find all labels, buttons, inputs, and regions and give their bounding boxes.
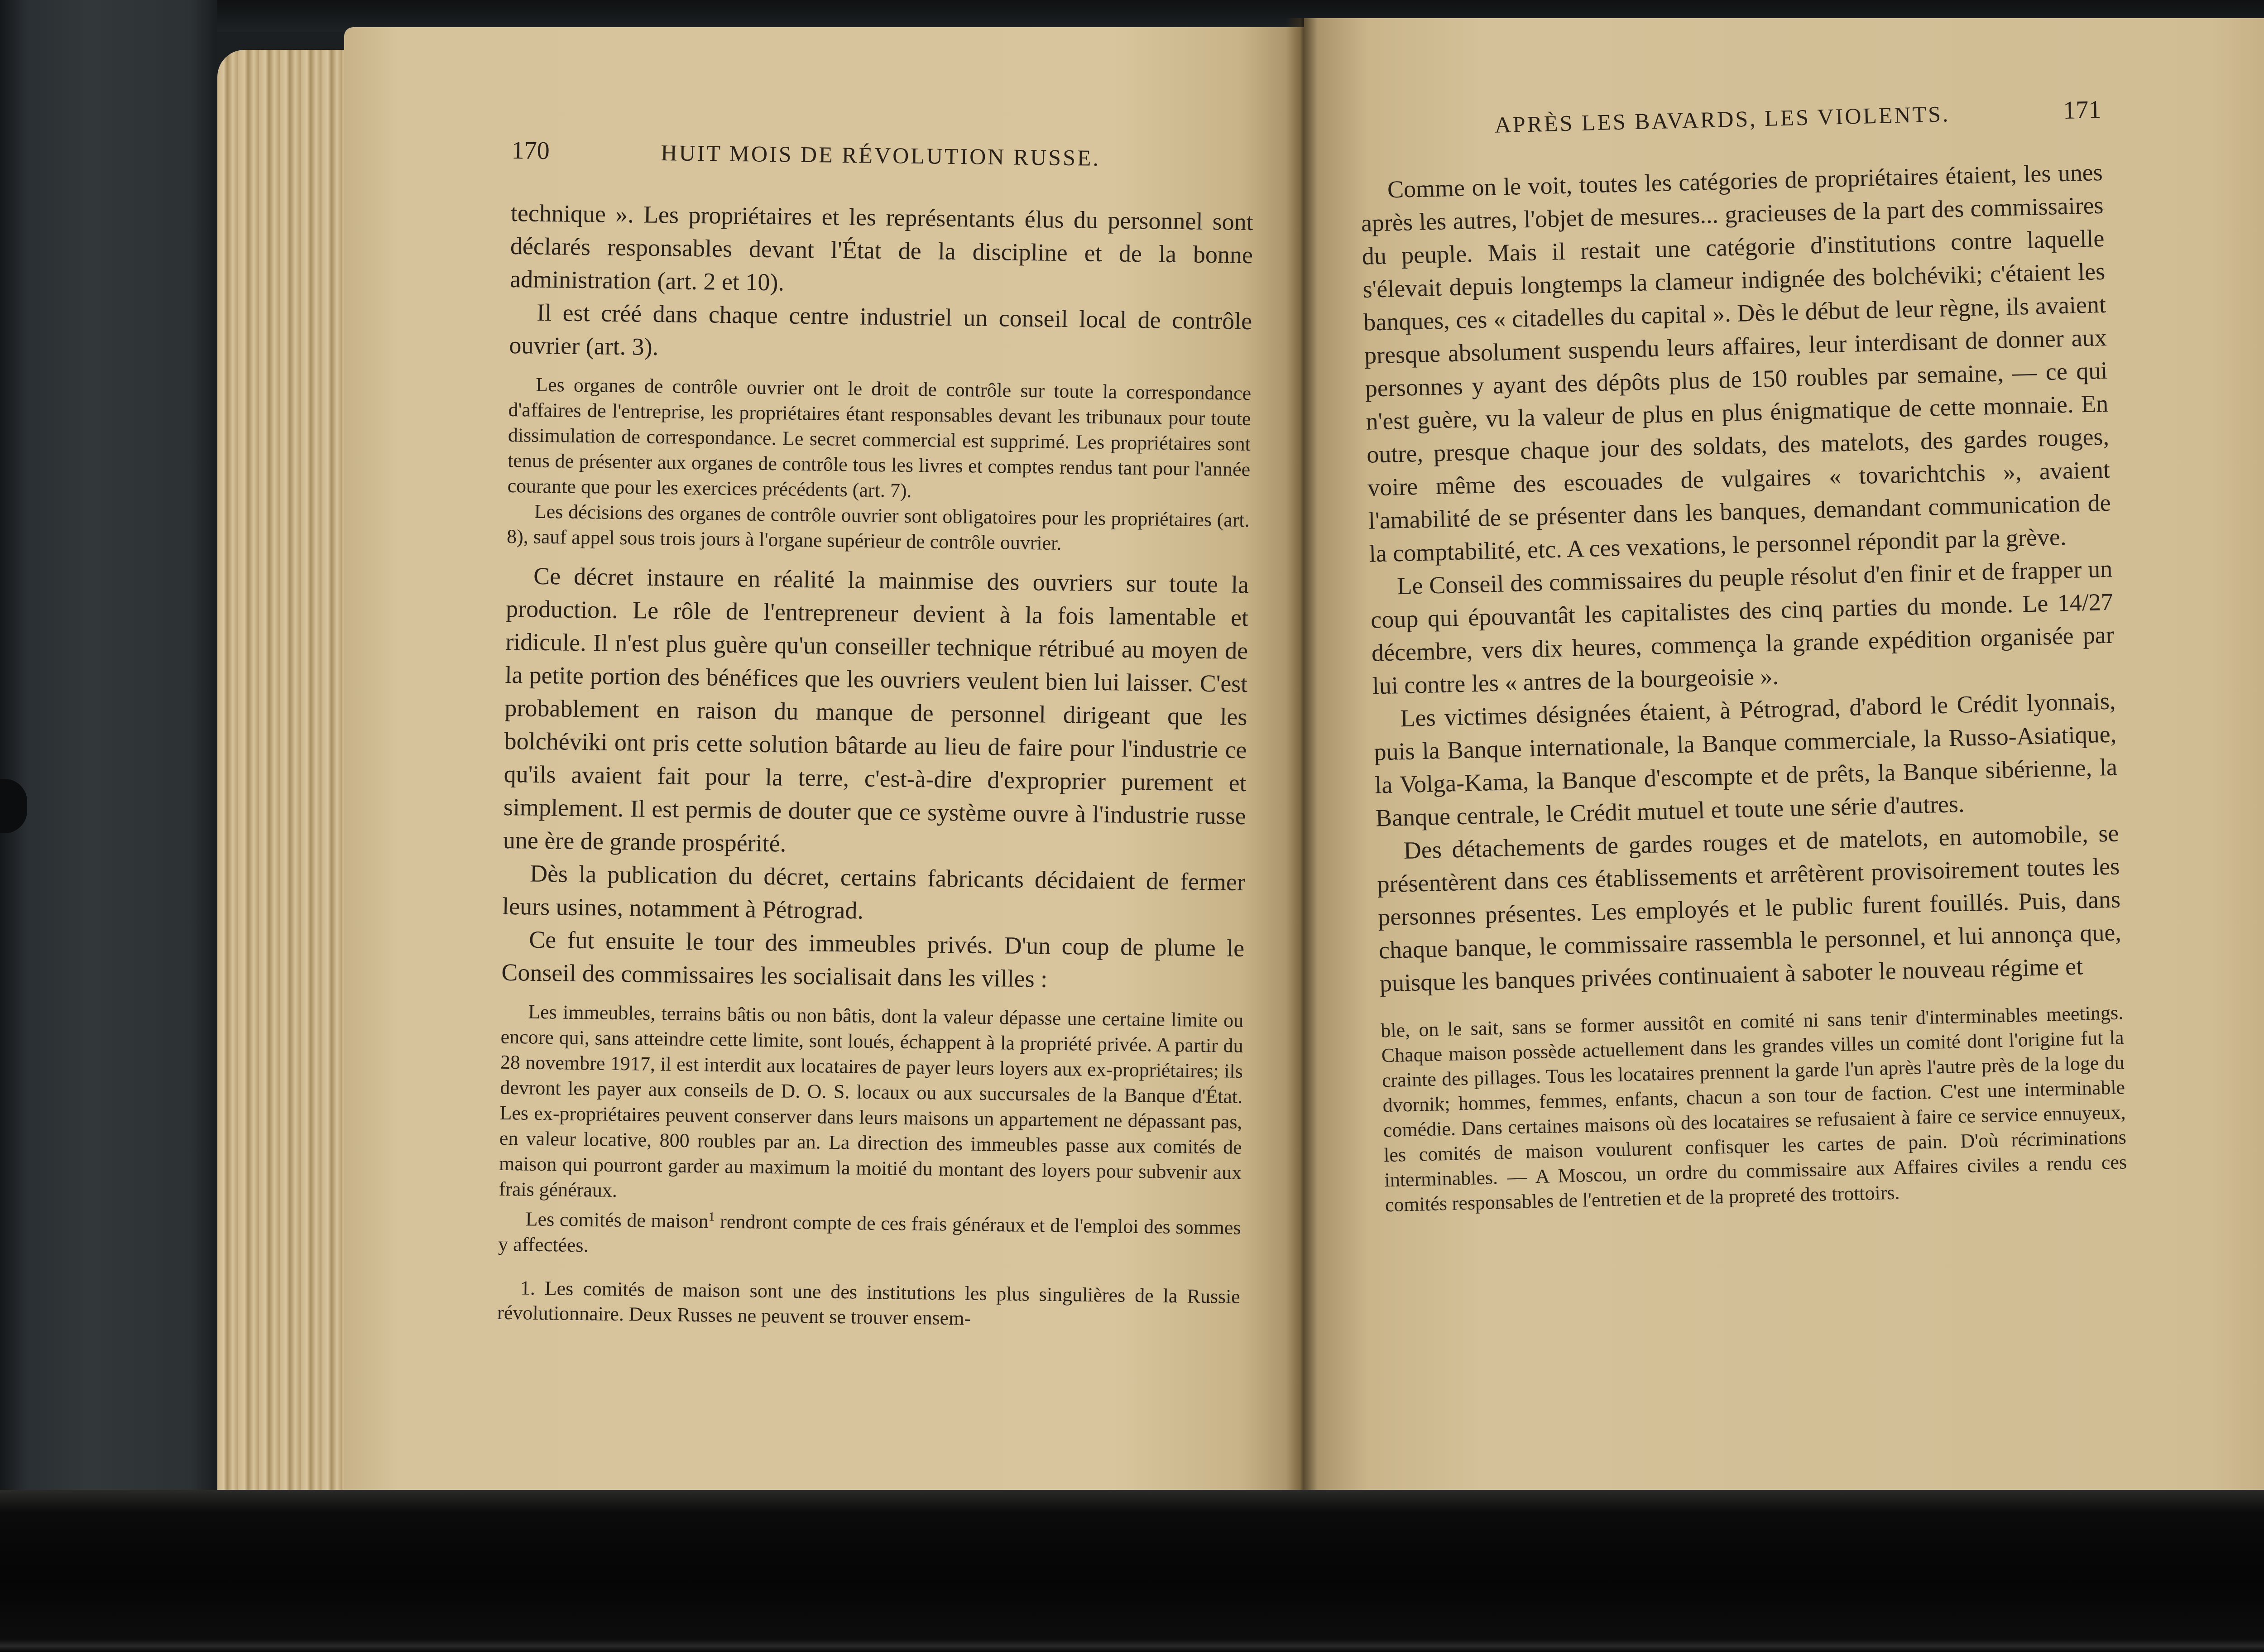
display-case-left-frame: [0, 0, 217, 1513]
paragraph: Les victimes désignées étaient, à Pétrog…: [1373, 685, 2119, 835]
paragraph: Comme on le voit, toutes les catégories …: [1360, 156, 2112, 571]
display-case-bottom-rail: [0, 1490, 2264, 1652]
decree-quote: Les comités de maison1 rendront compte d…: [498, 1202, 1241, 1266]
decree-quote: Les organes de contrôle ouvrier ont le d…: [507, 372, 1251, 508]
running-head-title-left: HUIT MOIS DE RÉVOLUTION RUSSE.: [661, 139, 1100, 171]
page-number-right: 171: [2063, 95, 2102, 125]
book-gutter: [1286, 18, 1318, 1490]
paragraph: Il est créé dans chaque centre industrie…: [509, 296, 1252, 371]
paragraph: Ce décret instaure en réalité la mainmis…: [503, 559, 1249, 866]
paragraph: Dès la publication du décret, certains f…: [502, 857, 1246, 932]
paragraph: Des détachements de gardes rouges et de …: [1376, 816, 2122, 1000]
right-page-text: APRÈS LES BAVARDS, LES VIOLENTS. 171 Com…: [1358, 95, 2128, 1217]
decree-quote: Les décisions des organes de contrôle ou…: [507, 499, 1250, 558]
footnote: 1. Les comités de maison sont une des in…: [497, 1275, 1240, 1334]
paragraph: technique ». Les propriétaires et les re…: [510, 197, 1254, 305]
footnote-ref: 1: [709, 1210, 715, 1224]
paragraph: Ce fut ensuite le tour des immeubles pri…: [501, 923, 1245, 998]
page-number-left: 170: [511, 136, 661, 167]
footnote-continuation: ble, on le sait, sans se former aussitôt…: [1381, 1000, 2128, 1217]
paragraph: Le Conseil des commissaires du peuple ré…: [1370, 552, 2115, 703]
decree-quote: Les immeubles, terrains bâtis ou non bât…: [499, 999, 1243, 1211]
left-page-text: 170 HUIT MOIS DE RÉVOLUTION RUSSE. techn…: [497, 136, 1254, 1334]
